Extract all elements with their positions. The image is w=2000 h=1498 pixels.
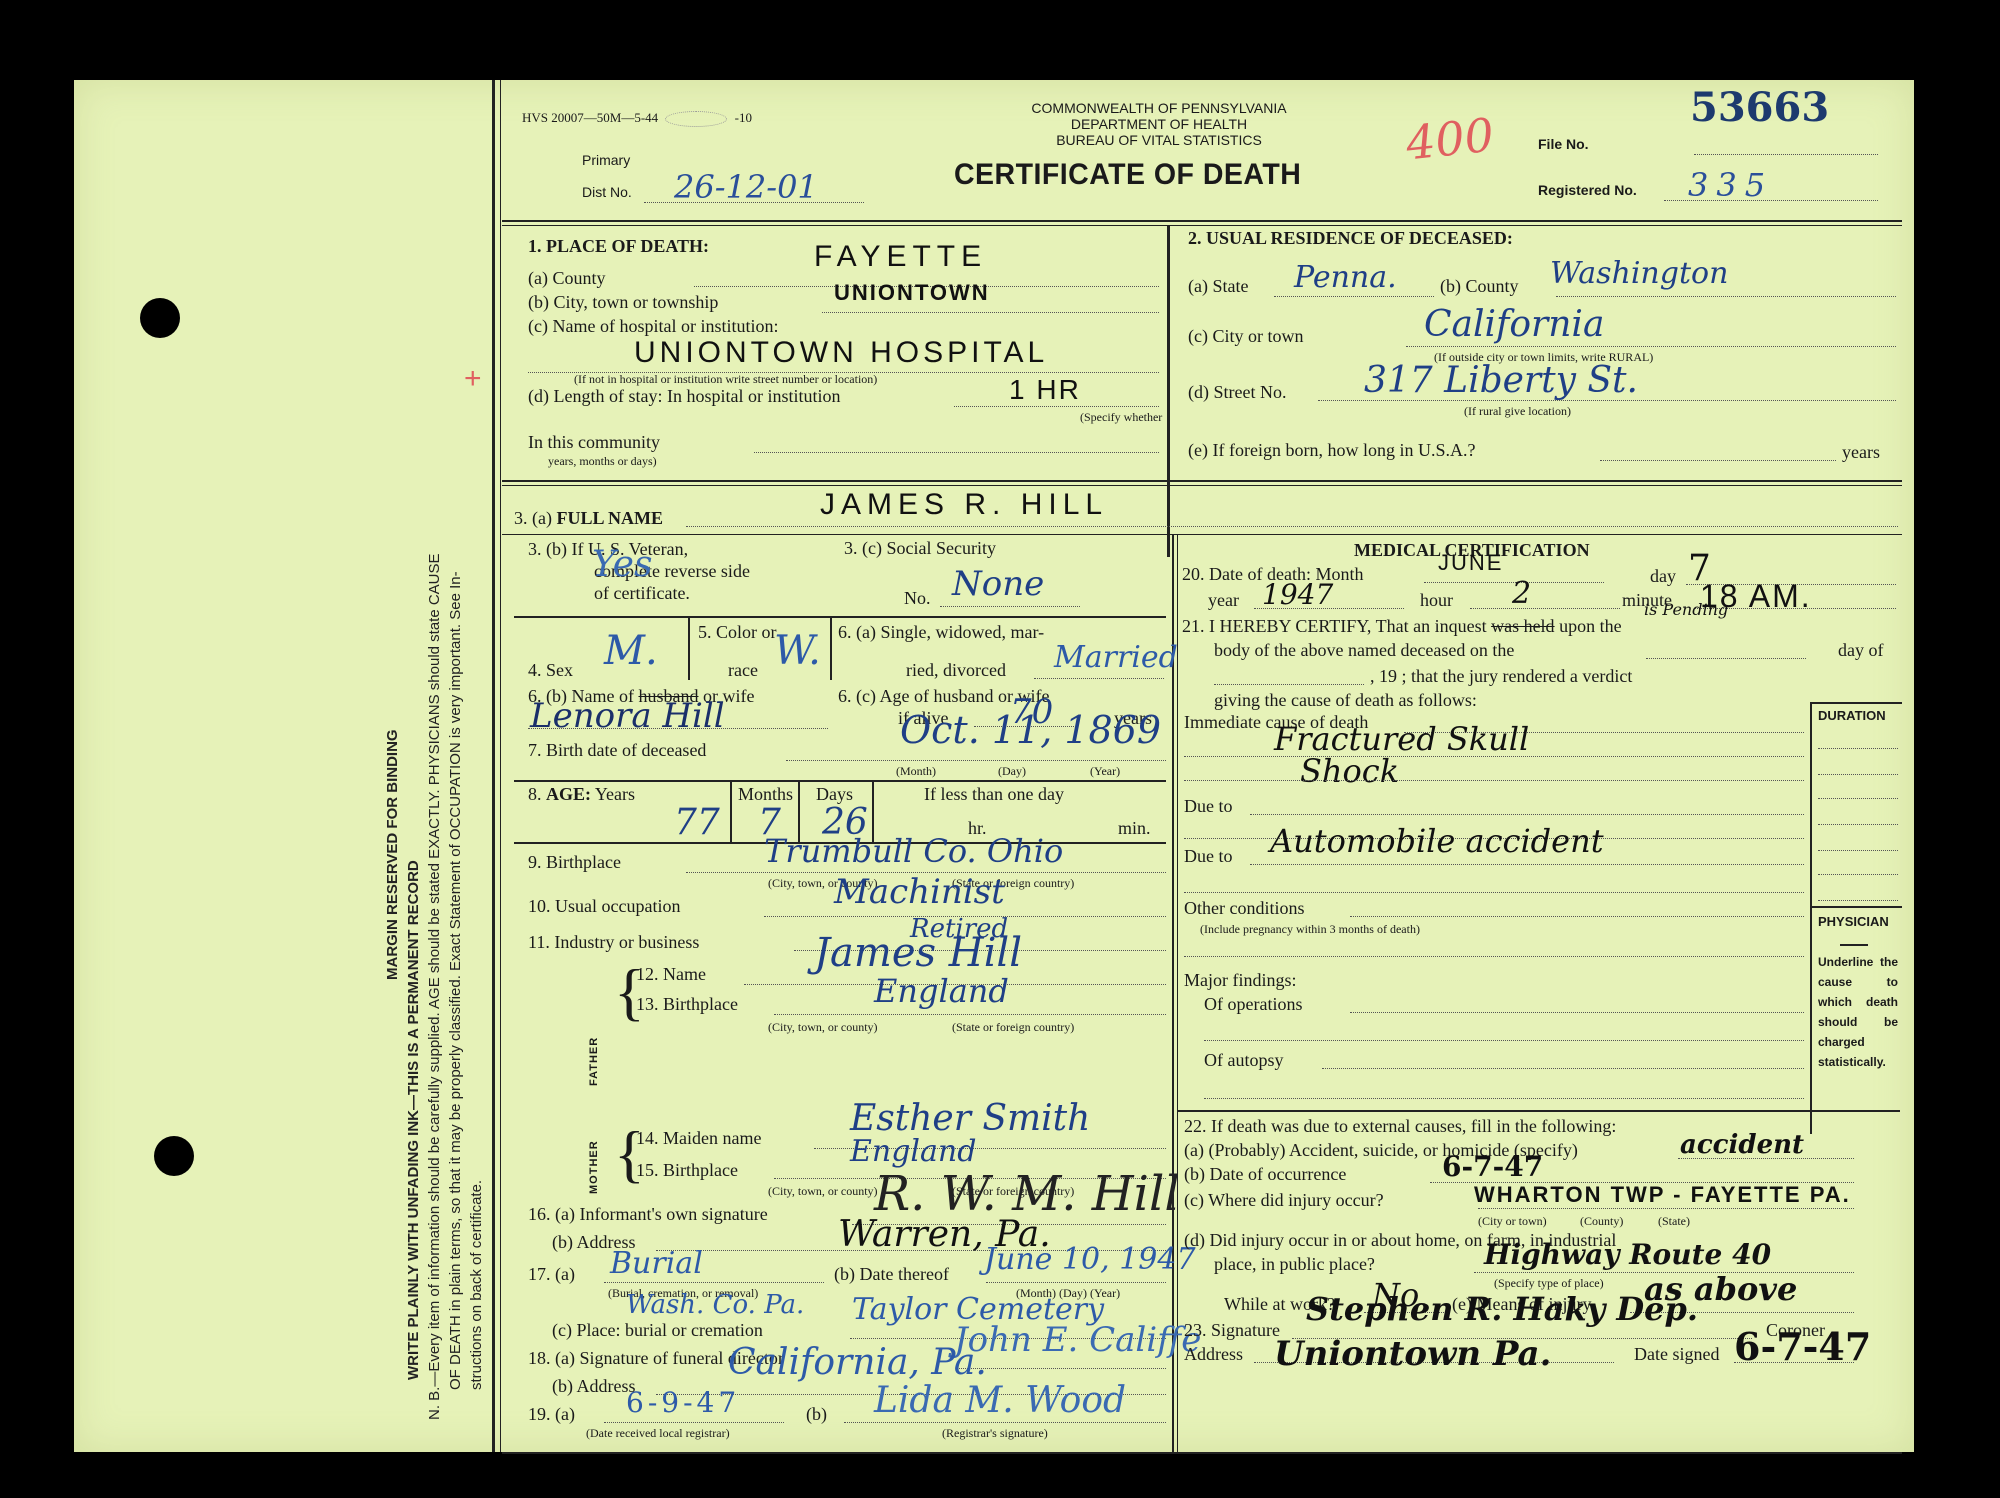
age-years-label: 8. AGE: Years [528, 784, 635, 805]
coroner-address-label: Address [1184, 1344, 1243, 1365]
state-value: Penna. [1294, 260, 1397, 295]
age-years-value: 77 [674, 802, 720, 843]
external-c-note-city: (City or town) [1478, 1214, 1547, 1229]
autopsy-label: Of autopsy [1204, 1050, 1284, 1071]
burial-date-line [986, 1282, 1166, 1283]
external-d-label-2: place, in public place? [1214, 1254, 1375, 1275]
veteran-divider [514, 616, 1166, 618]
medical-bottom-divider [1178, 1110, 1900, 1112]
duration-box-top [1810, 702, 1902, 704]
registered-value: 335 [1688, 166, 1773, 204]
external-b-value: 6-7-47 [1442, 1150, 1543, 1183]
physician-rule [1840, 944, 1868, 946]
external-c-label: (c) Where did injury occur? [1184, 1190, 1384, 1211]
social-security-label: 3. (c) Social Security [844, 538, 996, 559]
mother-name-value: Esther Smith [850, 1098, 1090, 1139]
ss-line [940, 606, 1080, 607]
race-marital-divider [830, 618, 832, 680]
due-to-line-1 [1250, 814, 1804, 815]
occupation-value: Machinist [834, 872, 1005, 912]
birth-month-note: (Month) [896, 764, 936, 779]
form-code: HVS 20007—50M—5-44 -10 [522, 110, 752, 127]
other-conditions-note: (Include pregnancy within 3 months of de… [1200, 922, 1420, 937]
father-name-value: James Hill [814, 930, 1022, 976]
physician-heading: PHYSICIAN [1818, 914, 1889, 929]
ss-value: None [952, 564, 1044, 604]
other-conditions-line [1350, 916, 1804, 917]
state-label: (a) State [1188, 276, 1248, 297]
foreign-born-line [1600, 460, 1836, 461]
residence-county-line [1556, 296, 1896, 297]
registrar-a-label: 19. (a) [528, 1404, 575, 1425]
occupation-label: 10. Usual occupation [528, 896, 680, 917]
full-name-line [686, 526, 1898, 527]
external-causes-heading: 22. If death was due to external causes,… [1184, 1116, 1616, 1137]
sex-value: M. [604, 628, 658, 674]
marital-value: Married [1054, 640, 1178, 675]
registered-label: Registered No. [1538, 182, 1637, 198]
father-birthplace-value: England [874, 972, 1009, 1010]
inquest-month-line [1214, 684, 1364, 685]
date-signed-value: 6-7-47 [1734, 1324, 1871, 1369]
external-c-note-state: (State) [1658, 1214, 1690, 1229]
spouse-name-value: Lenora Hill [530, 696, 725, 736]
duration-line-3 [1818, 798, 1898, 799]
place-of-death-heading: 1. PLACE OF DEATH: [528, 236, 709, 257]
inquest-line-3: , 19 ; that the jury rendered a verdict [1370, 666, 1632, 687]
duration-box-left [1810, 702, 1812, 1134]
ss-no-label: No. [904, 588, 931, 609]
due-to-label-1: Due to [1184, 796, 1233, 817]
form-suffix: -10 [735, 110, 752, 125]
community-label: In this community [528, 432, 660, 453]
form-bottom-border [502, 1452, 1902, 1454]
full-name-value: JAMES R. HILL [820, 488, 1108, 522]
less-than-day-label: If less than one day [924, 784, 1064, 805]
due-to-line-2b [1184, 892, 1804, 893]
veteran-value: Yes [592, 544, 652, 585]
registrar-signature-value: Lida M. Wood [874, 1380, 1126, 1421]
commonwealth-title: COMMONWEALTH OF PENNSYLVANIA DEPARTMENT … [934, 100, 1384, 148]
department-text: DEPARTMENT OF HEALTH [934, 116, 1384, 132]
father-birthplace-label: 13. Birthplace [636, 994, 738, 1015]
external-d-value: Highway Route 40 [1484, 1238, 1771, 1271]
hospital-note: (If not in hospital or institution write… [574, 372, 877, 387]
birthplace-value: Trumbull Co. Ohio [764, 832, 1063, 870]
father-birthplace-note-state: (State or foreign country) [952, 1020, 1074, 1035]
other-conditions-line-2 [1184, 956, 1804, 957]
margin-ink-note: WRITE PLAINLY WITH UNFADING INK—THIS IS … [403, 220, 424, 1420]
coroner-signature-label: 23. Signature [1184, 1320, 1280, 1341]
duration-heading: DURATION [1818, 708, 1886, 723]
margin-nb-line2: OF DEATH in plain terms, so that it may … [445, 220, 466, 1420]
operations-line [1350, 1012, 1804, 1013]
marital-label-2: ried, divorced [906, 660, 1006, 681]
header-divider [502, 220, 1902, 222]
margin-nb-line1: N. B.—Every item of information should b… [424, 220, 445, 1420]
full-name-label: 3. (a) 3. (a) FULL NAMEFULL NAME [514, 508, 663, 529]
funeral-director-address-value: California, Pa. [728, 1342, 987, 1383]
residence-county-label: (b) County [1440, 276, 1519, 297]
file-line [1694, 154, 1878, 155]
foreign-born-suffix: years [1842, 442, 1880, 463]
duration-line-2 [1818, 774, 1898, 775]
age-top-divider [514, 780, 1166, 782]
length-of-stay-line [954, 406, 1159, 407]
page-title: CERTIFICATE OF DEATH [954, 158, 1301, 192]
form-left-border [492, 80, 495, 1452]
burial-date-value: June 10, 1947 [984, 1242, 1196, 1277]
marital-line [1034, 678, 1164, 679]
funeral-director-value: John E. Califfe [954, 1320, 1201, 1360]
external-c-line [1478, 1208, 1854, 1209]
bureau-text: BUREAU OF VITAL STATISTICS [934, 132, 1384, 148]
coroner-address-value: Uniontown Pa. [1274, 1334, 1551, 1374]
stay-note: (Specify whether [1080, 410, 1162, 425]
dist-label: Dist No. [582, 184, 632, 200]
death-hour-value: 2 [1512, 576, 1531, 611]
sex-label: 4. Sex [528, 660, 573, 681]
burial-value: Burial [610, 1246, 703, 1281]
length-of-stay-label: (d) Length of stay: In hospital or insti… [528, 386, 840, 407]
immediate-cause-line-3 [1184, 780, 1804, 781]
length-of-stay-value: 1 HR [1009, 374, 1081, 406]
external-a-value: accident [1680, 1130, 1804, 1160]
certificate-paper: MARGIN RESERVED FOR BINDING WRITE PLAINL… [74, 80, 1914, 1452]
form-left-border-inner [500, 80, 501, 1452]
death-year-label: year [1208, 590, 1239, 611]
margin-instructions: MARGIN RESERVED FOR BINDING WRITE PLAINL… [382, 220, 487, 1420]
autopsy-line [1322, 1068, 1804, 1069]
margin-binding-note: MARGIN RESERVED FOR BINDING [382, 220, 403, 1420]
industry-label: 11. Industry or business [528, 932, 699, 953]
residence-city-line [1406, 346, 1896, 347]
hospital-label: (c) Name of hospital or institution: [528, 316, 778, 337]
birth-day-note: (Day) [998, 764, 1026, 779]
duration-line-6 [1818, 874, 1898, 875]
burial-place-county: Wash. Co. Pa. [626, 1290, 804, 1320]
inquest-day-of: day of [1838, 640, 1883, 661]
burial-place-label: (c) Place: burial or cremation [552, 1320, 763, 1341]
mother-name-label: 14. Maiden name [636, 1128, 761, 1149]
duration-line-4 [1818, 824, 1898, 825]
registrar-date-line [604, 1422, 784, 1423]
mother-birthplace-label: 15. Birthplace [636, 1160, 738, 1181]
father-side-label: FATHER [588, 1037, 600, 1086]
section2-divider-2 [502, 485, 1902, 486]
residence-city-label: (c) City or town [1188, 326, 1303, 347]
min-label: min. [1118, 818, 1151, 839]
external-c-note-county: (County) [1580, 1214, 1623, 1229]
street-label: (d) Street No. [1188, 382, 1286, 403]
margin-nb-line3: structions on back of certificate. [466, 220, 487, 1420]
mother-birthplace-note-city: (City, town, or county) [768, 1184, 878, 1199]
external-c-value: WHARTON TWP - FAYETTE PA. [1474, 1182, 1851, 1208]
residence-county-value: Washington [1550, 256, 1728, 291]
immediate-cause-value-2: Shock [1300, 752, 1399, 790]
other-conditions-label: Other conditions [1184, 898, 1304, 919]
informant-signature-label: 16. (a) Informant's own signature [528, 1204, 768, 1225]
inquest-line-4: giving the cause of death as follows: [1214, 690, 1477, 711]
spouse-name-line [528, 728, 828, 729]
birth-date-line [786, 760, 1166, 761]
residence-heading: 2. USUAL RESIDENCE OF DECEASED: [1188, 228, 1513, 249]
file-label: File No. [1538, 136, 1589, 152]
county-value: FAYETTE [814, 240, 987, 274]
red-check-mark: + [464, 362, 482, 396]
due-to-line-2 [1250, 864, 1804, 865]
birth-date-value: Oct. 11, 1869 [900, 708, 1161, 752]
physician-note: Underline the cause to which death shoul… [1818, 952, 1898, 1072]
form-code-text: HVS 20007—50M—5-44 [522, 110, 658, 125]
physician-box-top [1810, 906, 1902, 908]
external-d-note: (Specify type of place) [1494, 1276, 1604, 1291]
birthplace-label: 9. Birthplace [528, 852, 621, 873]
inquest-pending-insert: is Pending [1644, 600, 1728, 619]
foreign-born-label: (e) If foreign born, how long in U.S.A.? [1188, 440, 1475, 461]
marital-label-1: 6. (a) Single, widowed, mar- [838, 622, 1044, 643]
inquest-line-2: body of the above named deceased on the [1214, 640, 1514, 661]
operations-line-2 [1204, 1040, 1804, 1041]
registrar-signature-line [844, 1422, 1166, 1423]
mother-side-label: MOTHER [588, 1140, 600, 1194]
state-line [1274, 296, 1434, 297]
birth-date-label: 7. Birth date of deceased [528, 740, 706, 761]
community-note: years, months or days) [548, 454, 657, 469]
mother-birthplace-value: England [850, 1134, 976, 1169]
due-to-value-2: Automobile accident [1270, 822, 1604, 860]
duration-line-1 [1818, 748, 1898, 749]
city-township-value: UNIONTOWN [834, 280, 990, 306]
duration-line-7 [1818, 900, 1898, 901]
commonwealth-text: COMMONWEALTH OF PENNSYLVANIA [934, 100, 1384, 116]
death-year-value: 1947 [1262, 578, 1333, 611]
death-day-label: day [1650, 566, 1676, 587]
residence-city-value: California [1424, 304, 1604, 345]
death-hour-line [1470, 608, 1620, 609]
city-township-line [822, 312, 1159, 313]
street-value: 317 Liberty St. [1364, 360, 1638, 401]
autopsy-line-2 [1204, 1098, 1804, 1099]
death-hour-label: hour [1420, 590, 1453, 611]
section1-divider [1167, 225, 1170, 557]
immediate-cause-line-2 [1184, 756, 1804, 757]
coroner-signature-value: Stephen R. Haky Dep. [1306, 1290, 1698, 1328]
county-label: (a) County [528, 268, 605, 289]
city-township-label: (b) City, town or township [528, 292, 718, 313]
father-name-label: 12. Name [636, 964, 706, 985]
birth-year-note: (Year) [1090, 764, 1120, 779]
street-note: (If rural give location) [1464, 404, 1571, 419]
sex-race-divider [688, 618, 690, 680]
race-value: W. [774, 628, 821, 674]
burial-label: 17. (a) [528, 1264, 575, 1285]
hospital-value: UNIONTOWN HOSPITAL [634, 336, 1048, 370]
burial-line [604, 1282, 824, 1283]
primary-label: Primary [582, 152, 630, 168]
inquest-line-1: 21. I HEREBY CERTIFY, That an inquest wa… [1182, 616, 1622, 637]
registrar-date-note: (Date received local registrar) [586, 1426, 730, 1441]
community-line [754, 452, 1159, 453]
binding-hole-top [140, 298, 180, 338]
father-birthplace-line [774, 1014, 1166, 1015]
registrar-date-value: 6-9-47 [626, 1386, 740, 1419]
seal-icon [665, 111, 727, 127]
inquest-day-line [1646, 658, 1806, 659]
header-divider-2 [502, 225, 1902, 226]
registrar-signature-note: (Registrar's signature) [942, 1426, 1048, 1441]
red-number: 400 [1403, 108, 1496, 171]
due-to-label-2: Due to [1184, 846, 1233, 867]
father-birthplace-note-city: (City, town, or county) [768, 1020, 878, 1035]
race-label-1: 5. Color or [698, 622, 777, 643]
burial-date-label: (b) Date thereof [834, 1264, 949, 1285]
section2-divider [502, 480, 1902, 482]
dist-value: 26-12-01 [674, 168, 818, 206]
name-divider [502, 534, 1902, 535]
registrar-b-label: (b) [806, 1404, 827, 1425]
duration-line-5 [1818, 850, 1898, 851]
veteran-label-3: of certificate. [528, 582, 750, 604]
external-b-label: (b) Date of occurrence [1184, 1164, 1346, 1185]
date-signed-label: Date signed [1634, 1344, 1719, 1365]
file-stamp-number: 53663 [1690, 84, 1829, 131]
race-label-2: race [728, 660, 758, 681]
operations-label: Of operations [1204, 994, 1302, 1015]
age-years-divider [730, 780, 732, 842]
major-findings-label: Major findings: [1184, 970, 1297, 991]
binding-hole-bottom [154, 1136, 194, 1176]
funeral-director-address-label: (b) Address [552, 1376, 636, 1397]
death-month-value: JUNE [1438, 550, 1503, 576]
funeral-director-line [956, 1368, 1166, 1369]
